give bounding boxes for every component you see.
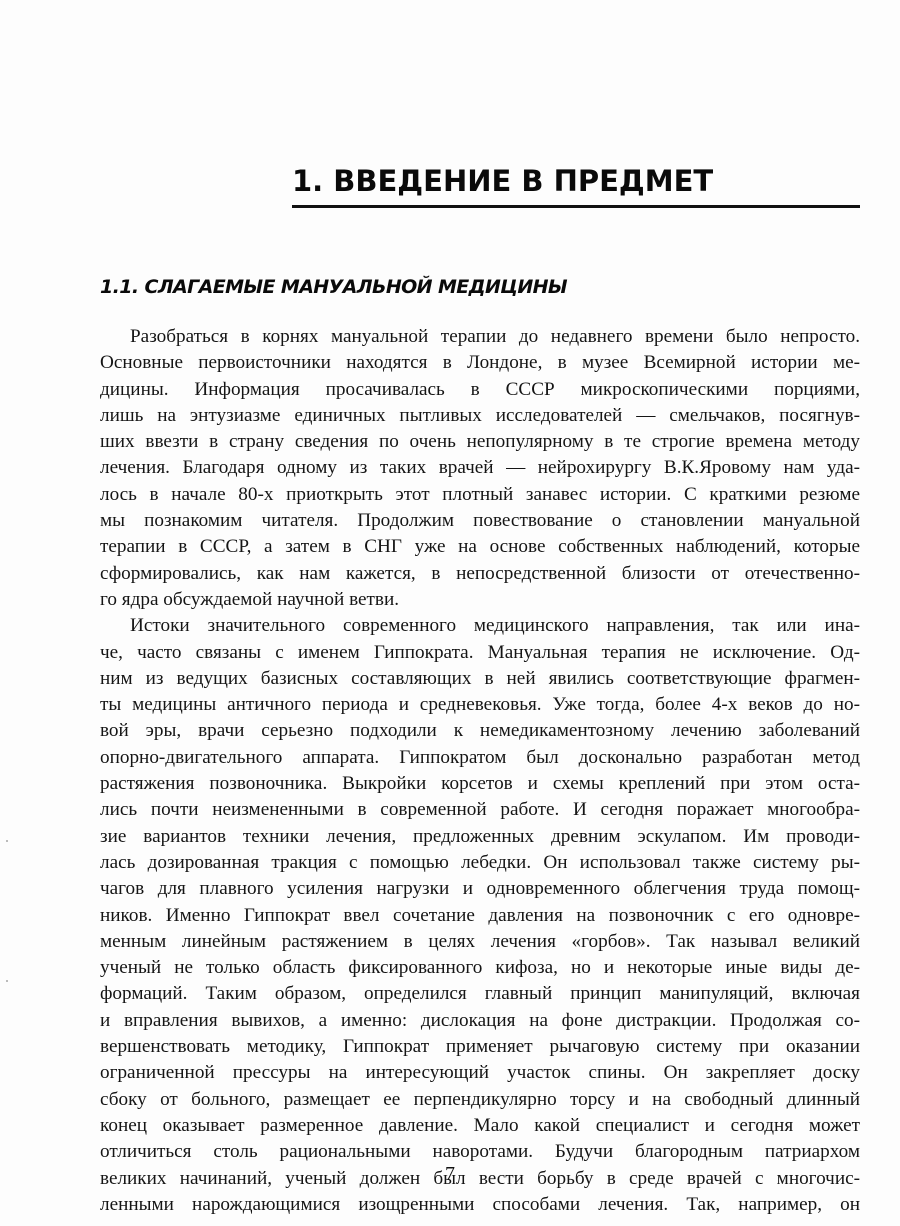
- text-line: лечения. Благодаря одному из таких враче…: [100, 455, 860, 481]
- text-line: зие вариантов техники лечения, предложен…: [100, 824, 860, 850]
- text-line: чагов для плавного усиления нагрузки и о…: [100, 876, 860, 902]
- paragraph-1: Разобраться в корнях мануальной терапии …: [100, 324, 860, 613]
- text-line: терапии в СССР, а затем в СНГ уже на осн…: [100, 534, 860, 560]
- text-line: ограниченной прессуры на интересующий уч…: [100, 1060, 860, 1086]
- text-line: Истоки значительного современного медици…: [100, 613, 860, 639]
- chapter-title: 1. ВВЕДЕНИЕ В ПРЕДМЕТ: [292, 164, 860, 198]
- text-line: лось в начале 80-х приоткрыть этот плотн…: [100, 482, 860, 508]
- text-line: формаций. Таким образом, определился гла…: [100, 981, 860, 1007]
- scan-artifact: [6, 840, 8, 842]
- text-line: вершенствовать методику, Гиппократ приме…: [100, 1034, 860, 1060]
- text-line: лишь на энтузиазме единичных пытливых ис…: [100, 403, 860, 429]
- text-line: растяжения позвоночника. Выкройки корсет…: [100, 771, 860, 797]
- text-line: опорно-двигательного аппарата. Гиппократ…: [100, 745, 860, 771]
- book-page: 1. ВВЕДЕНИЕ В ПРЕДМЕТ 1.1. СЛАГАЕМЫЕ МАН…: [0, 0, 900, 1226]
- text-line: Разобраться в корнях мануальной терапии …: [100, 324, 860, 350]
- section-title: 1.1. СЛАГАЕМЫЕ МАНУАЛЬНОЙ МЕДИЦИНЫ: [100, 276, 567, 298]
- scan-artifact: [6, 980, 8, 982]
- text-line: че, часто связаны с именем Гиппократа. М…: [100, 640, 860, 666]
- text-line: ты медицины античного периода и средневе…: [100, 692, 860, 718]
- text-line: отличиться столь рациональными наворотам…: [100, 1139, 860, 1165]
- text-line: сформировались, как нам кажется, в непос…: [100, 561, 860, 587]
- text-line: менным линейным растяжением в целях лече…: [100, 929, 860, 955]
- text-line: го ядра обсуждаемой научной ветви.: [100, 587, 860, 613]
- body-text: Разобраться в корнях мануальной терапии …: [100, 324, 860, 1218]
- text-line: вой эры, врачи серьезно подходили к неме…: [100, 718, 860, 744]
- chapter-title-underline: [292, 205, 860, 208]
- text-line: лась дозированная тракция с помощью лебе…: [100, 850, 860, 876]
- text-line: конец оказывает размеренное давление. Ма…: [100, 1113, 860, 1139]
- text-line: мы познакомим читателя. Продолжим повест…: [100, 508, 860, 534]
- text-line: Основные первоисточники находятся в Лонд…: [100, 350, 860, 376]
- page-number: 7: [0, 1163, 900, 1186]
- text-line: дицины. Информация просачивалась в СССР …: [100, 377, 860, 403]
- text-line: ученый не только область фиксированного …: [100, 955, 860, 981]
- paragraph-2: Истоки значительного современного медици…: [100, 613, 860, 1218]
- text-line: сбоку от больного, размещает ее перпенди…: [100, 1087, 860, 1113]
- text-line: ших ввезти в страну сведения по очень не…: [100, 429, 860, 455]
- text-line: ним из ведущих базисных составляющих в н…: [100, 666, 860, 692]
- text-line: ников. Именно Гиппократ ввел сочетание д…: [100, 903, 860, 929]
- text-line: ленными нарождающимися изощренными спосо…: [100, 1192, 860, 1218]
- text-line: и вправления вывихов, а именно: дислокац…: [100, 1008, 860, 1034]
- text-line: лись почти неизмененными в современной р…: [100, 797, 860, 823]
